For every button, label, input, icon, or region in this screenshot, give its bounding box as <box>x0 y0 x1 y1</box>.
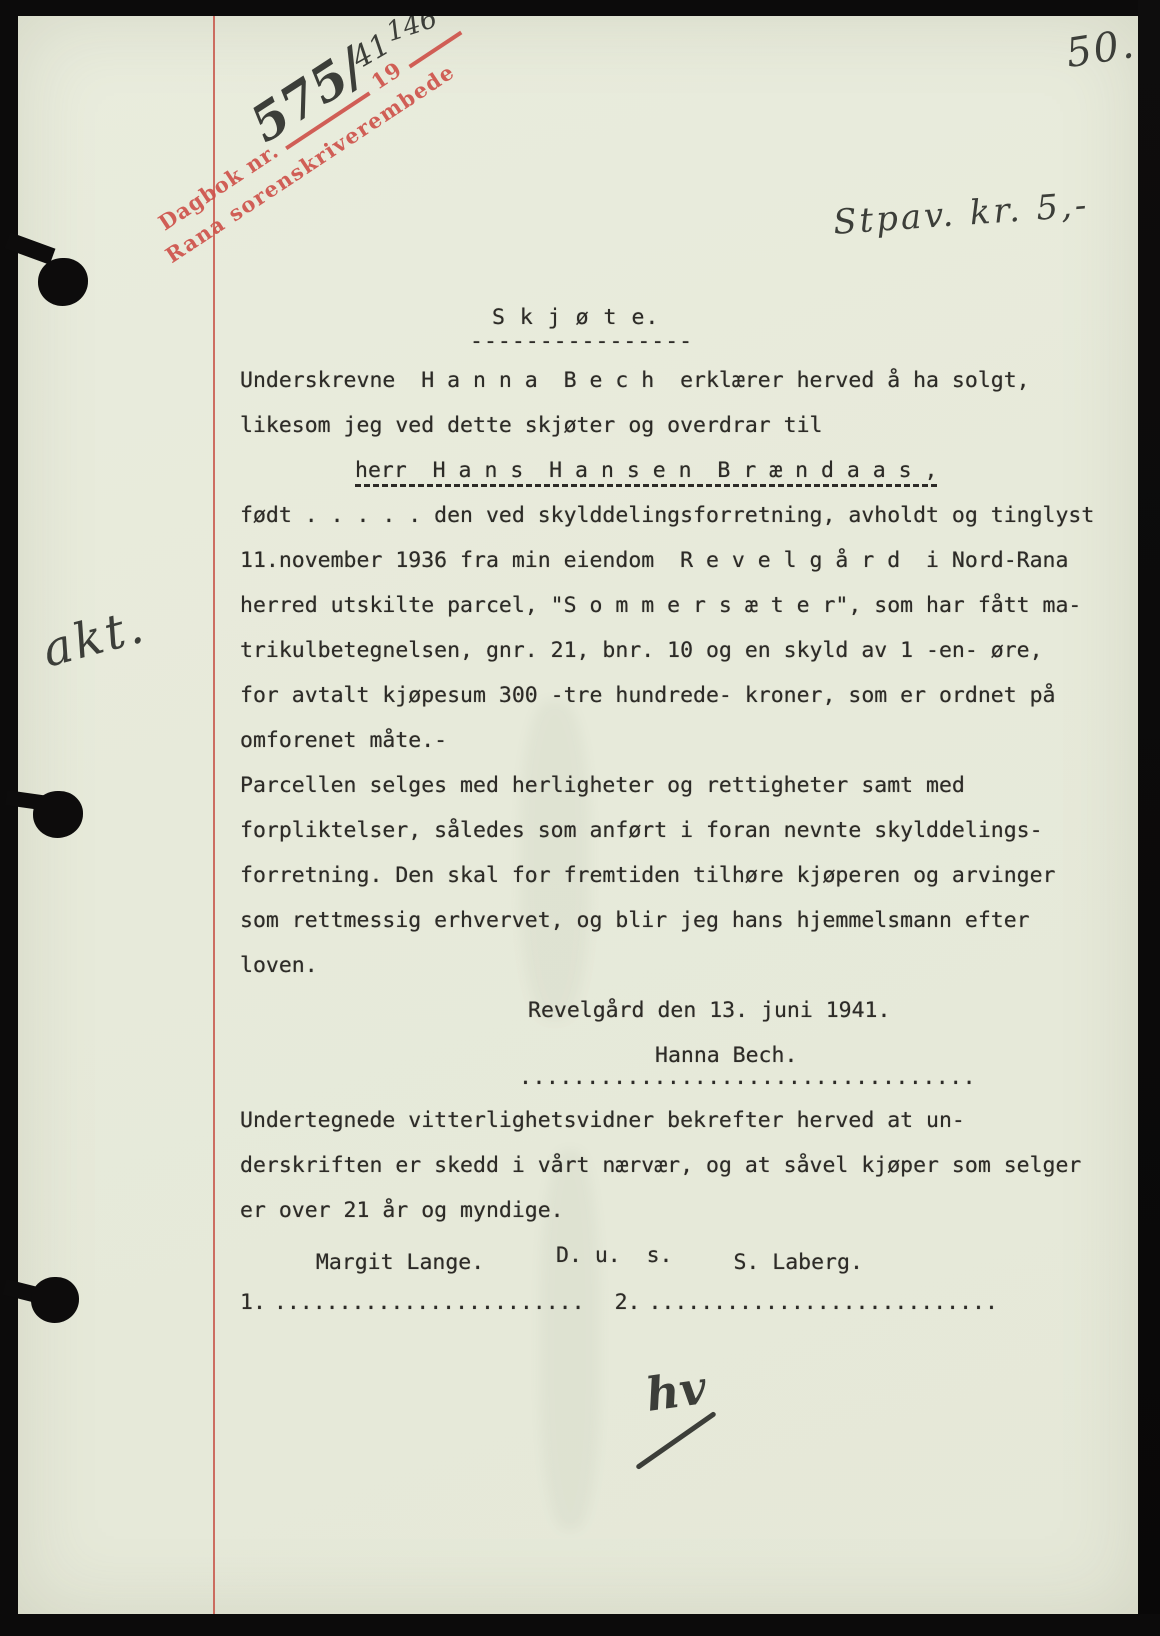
deed-line: likesom jeg ved dette skjøter og overdra… <box>240 403 1112 448</box>
deed-line: som rettmessig erhvervet, og blir jeg ha… <box>240 898 1112 943</box>
deed-line: trikulbetegnelsen, gnr. 21, bnr. 10 og e… <box>240 628 1112 673</box>
witness-signature-row: 1. Margit Lange. .......................… <box>240 1280 1112 1325</box>
attest-line: derskriften er skedd i vårt nærvær, og a… <box>240 1143 1112 1188</box>
witness2-slot: S. Laberg. ........................... <box>648 1280 998 1325</box>
signature-dotted-line: .................................. <box>240 1058 1112 1098</box>
witness2-dotted-line: ........................... <box>648 1290 998 1315</box>
witness1-name: Margit Lange. <box>316 1240 484 1285</box>
red-margin-rule <box>213 16 215 1614</box>
attest-line: Undertegnede vitterlighetsvidner bekreft… <box>240 1098 1112 1143</box>
deed-line: herred utskilte parcel, "S o m m e r s æ… <box>240 583 1112 628</box>
punch-hole <box>33 791 83 838</box>
scan-edge-bottom <box>0 1614 1160 1636</box>
witness2-name: S. Laberg. <box>733 1240 862 1285</box>
witness2-number: 2. <box>615 1280 641 1325</box>
buyer-name-line: herr H a n s H a n s e n B r æ n d a a s… <box>240 448 1112 493</box>
witness1-slot: Margit Lange. ........................ <box>274 1280 585 1325</box>
deed-line: født . . . . . den ved skylddelingsforre… <box>240 493 1112 538</box>
deed-text-block: S k j ø t e. ---------------- Underskrev… <box>240 298 1112 1325</box>
deed-line: forpliktelser, således som anført i fora… <box>240 808 1112 853</box>
deed-line: for avtalt kjøpesum 300 -tre hundrede- k… <box>240 673 1112 718</box>
scanned-deed-page: Dagbok nr. 19 Rana sorenskriverembede 57… <box>0 0 1160 1636</box>
scan-edge-right <box>1138 0 1160 1636</box>
deed-line: Underskrevne H a n n a B e c h erklærer … <box>240 358 1112 403</box>
witness1-number: 1. <box>240 1280 266 1325</box>
deed-line: loven. <box>240 943 1112 988</box>
clerk-initials: hv <box>643 1360 710 1422</box>
punch-hole <box>31 1277 79 1323</box>
buyer-name-underlined: herr H a n s H a n s e n B r æ n d a a s… <box>355 458 937 487</box>
punch-hole <box>38 258 88 306</box>
date-place-line: Revelgård den 13. juni 1941. <box>240 988 1112 1033</box>
deed-line: omforenet måte.- <box>240 718 1112 763</box>
scan-edge-top <box>0 0 1160 16</box>
witness1-dotted-line: ........................ <box>274 1290 585 1315</box>
deed-line: Parcellen selges med herligheter og rett… <box>240 763 1112 808</box>
deed-line: forretning. Den skal for fremtiden tilhø… <box>240 853 1112 898</box>
deed-line: 11.november 1936 fra min eiendom R e v e… <box>240 538 1112 583</box>
title-underline: ---------------- <box>240 334 1112 350</box>
attest-line: er over 21 år og myndige. <box>240 1188 1112 1233</box>
